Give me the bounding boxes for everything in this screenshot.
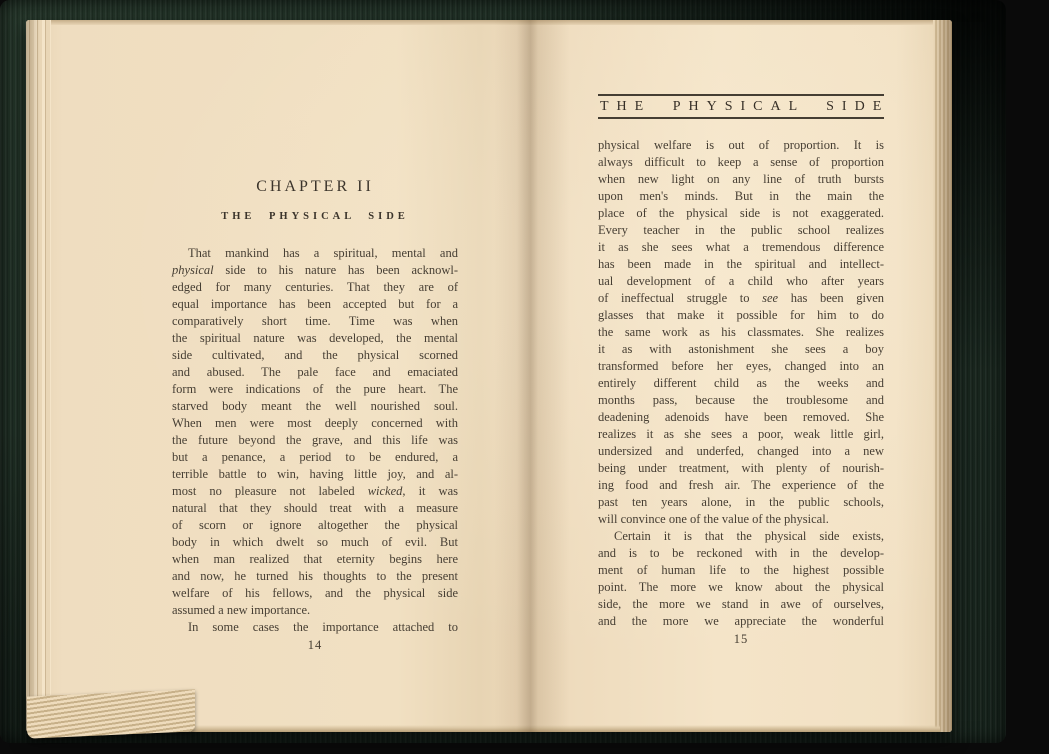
paragraph: That mankind has a spiritual, mental and…	[172, 245, 458, 619]
text-line: terrible battle to win, having little jo…	[172, 466, 458, 483]
text-line: when man realized that eternity begins h…	[172, 551, 458, 568]
open-pages: CHAPTER II THE PHYSICAL SIDE That mankin…	[26, 20, 952, 732]
text-line: undersized and underfed, changed into a …	[598, 443, 884, 460]
page-edges-right	[933, 20, 952, 732]
page-edges-left	[26, 20, 51, 732]
text-line: and the more we appreciate the wonderful	[598, 613, 884, 630]
text-line: past ten years alone, in the public scho…	[598, 494, 884, 511]
text-line: welfare of his fellows, and the physical…	[172, 585, 458, 602]
text-line: most no pleasure not labeled wicked, it …	[172, 483, 458, 500]
text-line: side, the more we stand in awe of oursel…	[598, 596, 884, 613]
paragraph: In some cases the importance attached to	[172, 619, 458, 636]
text-line: physical welfare is out of proportion. I…	[598, 137, 884, 154]
text-line: When men were most deeply concerned with	[172, 415, 458, 432]
text-line: side cultivated, and the physical scorne…	[172, 347, 458, 364]
text-line: Certain it is that the physical side exi…	[598, 528, 884, 545]
text-line: place of the physical side is not exagge…	[598, 205, 884, 222]
text-line: and now, he turned his thoughts to the p…	[172, 568, 458, 585]
right-page-body: physical welfare is out of proportion. I…	[598, 137, 884, 630]
text-line: being under treatment, with plenty of no…	[598, 460, 884, 477]
text-line: form were indications of the pure heart.…	[172, 381, 458, 398]
text-line: deadening adenoids have been removed. Sh…	[598, 409, 884, 426]
page-stack-bottom-left	[27, 689, 195, 738]
text-line: the same work as his classmates. She rea…	[598, 324, 884, 341]
text-line: That mankind has a spiritual, mental and	[172, 245, 458, 262]
text-line: but a penance, a period to be endured, a	[172, 449, 458, 466]
text-line: always difficult to keep a sense of prop…	[598, 154, 884, 171]
text-line: In some cases the importance attached to	[172, 619, 458, 636]
text-line: when new light on any line of truth burs…	[598, 171, 884, 188]
text-line: realizes it as she sees a poor, weak lit…	[598, 426, 884, 443]
text-line: equal importance has been accepted but f…	[172, 296, 458, 313]
text-line: upon men's minds. But in the main the	[598, 188, 884, 205]
text-line: comparatively short time. Time was when	[172, 313, 458, 330]
text-line: will convince one of the value of the ph…	[598, 511, 884, 528]
paragraph: physical welfare is out of proportion. I…	[598, 137, 884, 528]
text-line: starved body meant the well nourished so…	[172, 398, 458, 415]
section-heading: THE PHYSICAL SIDE	[172, 211, 458, 223]
text-line: the spiritual nature was developed, the …	[172, 330, 458, 347]
text-line: entirely different child as the weeks an…	[598, 375, 884, 392]
text-line: and abused. The pale face and emaciated	[172, 364, 458, 381]
text-line: body in which dwelt so much of evil. But	[172, 534, 458, 551]
left-page: CHAPTER II THE PHYSICAL SIDE That mankin…	[172, 178, 458, 654]
text-line: months pass, because the troublesome and	[598, 392, 884, 409]
text-line: ual development of a child who after yea…	[598, 273, 884, 290]
left-page-body: That mankind has a spiritual, mental and…	[172, 245, 458, 636]
book-photo: CHAPTER II THE PHYSICAL SIDE That mankin…	[0, 0, 1049, 754]
text-line: glasses that make it possible for him to…	[598, 307, 884, 324]
text-line: point. The more we know about the physic…	[598, 579, 884, 596]
text-line: and is to be reckoned with in the develo…	[598, 545, 884, 562]
text-line: of ineffectual struggle to see has been …	[598, 290, 884, 307]
chapter-heading: CHAPTER II	[172, 178, 458, 196]
text-line: ment of human life to the highest possib…	[598, 562, 884, 579]
left-page-number: 14	[172, 637, 458, 654]
text-line: has been made in the spiritual and intel…	[598, 256, 884, 273]
text-line: of scorn or ignore altogether the physic…	[172, 517, 458, 534]
page-edges-top	[48, 20, 936, 25]
text-line: it as she sees what a tremendous differe…	[598, 239, 884, 256]
text-line: ing food and fresh air. The experience o…	[598, 477, 884, 494]
text-line: Every teacher in the public school reali…	[598, 222, 884, 239]
text-line: natural that they should treat with a me…	[172, 500, 458, 517]
text-line: transformed before her eyes, changed int…	[598, 358, 884, 375]
text-line: the future beyond the grave, and this li…	[172, 432, 458, 449]
paragraph: Certain it is that the physical side exi…	[598, 528, 884, 630]
text-line: edged for many centuries. That they are …	[172, 279, 458, 296]
gutter-shadow	[494, 20, 570, 732]
text-line: assumed a new importance.	[172, 602, 458, 619]
text-line: physical side to his nature has been ack…	[172, 262, 458, 279]
right-page-number: 15	[598, 631, 884, 648]
text-line: it as with astonishment she sees a boy	[598, 341, 884, 358]
running-header: THE PHYSICAL SIDE	[598, 94, 884, 119]
right-page: THE PHYSICAL SIDE physical welfare is ou…	[598, 94, 884, 648]
